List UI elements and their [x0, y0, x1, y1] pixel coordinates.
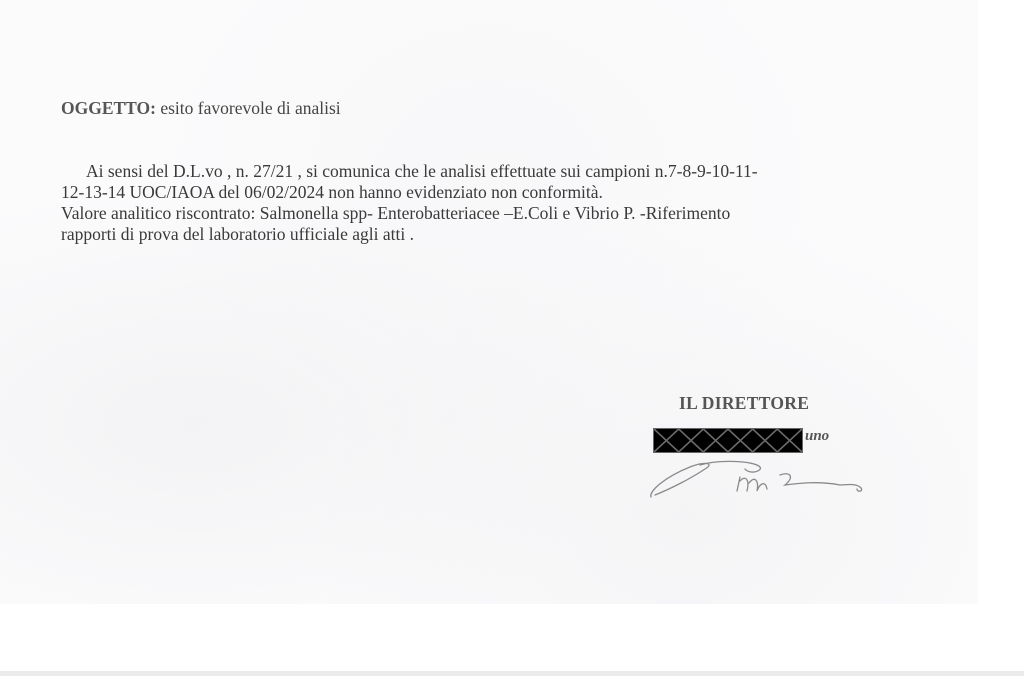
subject-text: esito favorevole di analisi: [156, 98, 341, 118]
scanned-document-page: [0, 0, 978, 604]
subject-label: OGGETTO:: [61, 98, 156, 118]
subject-line: OGGETTO: esito favorevole di analisi: [61, 98, 341, 119]
signatory-name-suffix: uno: [805, 428, 829, 445]
handwritten-signature: [645, 455, 875, 505]
name-redaction-box: [653, 428, 803, 453]
body-line-1: Ai sensi del D.L.vo , n. 27/21 , si comu…: [86, 161, 758, 182]
body-line-4: rapporti di prova del laboratorio uffici…: [61, 224, 414, 245]
body-line-2: 12-13-14 UOC/IAOA del 06/02/2024 non han…: [61, 182, 603, 203]
viewer-bottom-bar: [0, 671, 1024, 676]
signatory-title: IL DIRETTORE: [679, 393, 809, 414]
body-line-3: Valore analitico riscontrato: Salmonella…: [61, 203, 730, 224]
